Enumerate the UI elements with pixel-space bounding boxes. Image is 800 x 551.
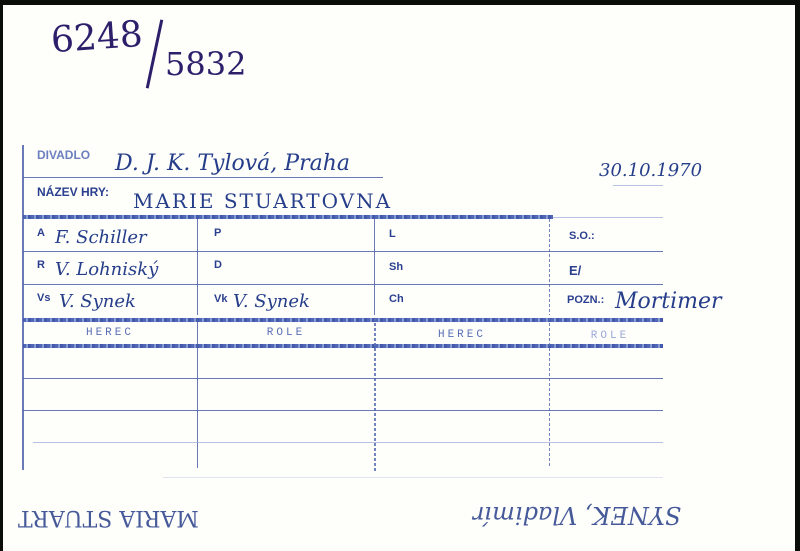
theatre-value: D. J. K. Tylová, Praha bbox=[115, 151, 350, 176]
credits-row-divider-2 bbox=[23, 284, 663, 285]
l-label: L bbox=[389, 228, 396, 240]
sh-label: Sh bbox=[389, 261, 403, 273]
cast-header-actor-2: HEREC bbox=[375, 329, 549, 341]
cast-header-top-border bbox=[23, 318, 663, 322]
header-divider bbox=[23, 177, 383, 178]
theatre-label: DIVADLO bbox=[37, 148, 90, 162]
cast-col-divider-3 bbox=[549, 318, 550, 468]
poz-value: Mortimer bbox=[615, 289, 722, 314]
ch-label: Ch bbox=[389, 293, 404, 305]
author-value: F. Schiller bbox=[55, 227, 147, 248]
p-label: P bbox=[214, 227, 221, 239]
cast-header-bottom-border bbox=[23, 344, 663, 348]
mirrored-back-text-right-content: SYNEK, Vladimír bbox=[473, 501, 681, 529]
vs-label: Vs bbox=[37, 292, 50, 304]
cast-row-divider-3 bbox=[33, 442, 663, 443]
cast-row-divider-1 bbox=[23, 378, 663, 379]
index-card: 6248 5832 DIVADLO D. J. K. Tylová, Praha… bbox=[3, 5, 795, 551]
credits-col-divider-2 bbox=[374, 219, 375, 315]
catalog-sub-number: 5832 bbox=[165, 45, 246, 83]
play-title-label: NÁZEV HRY: bbox=[37, 185, 109, 199]
director-label: R bbox=[37, 259, 45, 271]
e-label: E/ bbox=[569, 263, 581, 278]
cast-header-role-2: ROLE bbox=[550, 330, 670, 342]
mirrored-back-text-left: MARIA STUART bbox=[18, 505, 199, 530]
mirrored-back-text-right: SYNEK, Vladimír bbox=[473, 501, 681, 529]
catalog-slash bbox=[146, 19, 163, 88]
cast-row-divider-2 bbox=[23, 410, 663, 411]
d-label: D bbox=[214, 259, 222, 271]
catalog-number-main: 6248 bbox=[50, 14, 144, 61]
director-value: V. Lohniský bbox=[55, 259, 158, 280]
form-left-border bbox=[22, 145, 24, 470]
author-label: A bbox=[37, 227, 45, 239]
vk-value: V. Synek bbox=[233, 291, 310, 312]
credits-top-divider bbox=[23, 215, 553, 219]
so-label: S.O.: bbox=[569, 230, 595, 242]
credits-row-divider-1 bbox=[23, 251, 663, 252]
poz-label: POZN.: bbox=[567, 294, 604, 306]
mirrored-back-text-left-content: MARIA STUART bbox=[18, 505, 199, 530]
vs-value: V. Synek bbox=[59, 291, 136, 312]
date-value: 30.10.1970 bbox=[599, 160, 702, 181]
play-title-value: MARIE STUARTOVNA bbox=[133, 189, 392, 213]
cast-col-divider-2 bbox=[374, 318, 376, 473]
date-underline bbox=[613, 185, 663, 186]
credits-col-divider-3 bbox=[549, 219, 550, 315]
cast-header-actor-1: HEREC bbox=[23, 327, 197, 339]
catalog-number: 6248 bbox=[50, 14, 144, 61]
cast-col-divider-1 bbox=[197, 318, 198, 468]
credits-col-divider-1 bbox=[197, 219, 198, 315]
vk-label: Vk bbox=[214, 293, 227, 305]
cast-header-role-1: ROLE bbox=[198, 327, 374, 339]
catalog-sub-number-text: 5832 bbox=[165, 45, 246, 83]
cast-row-divider-4 bbox=[163, 477, 663, 478]
credits-top-divider-right bbox=[553, 217, 663, 218]
